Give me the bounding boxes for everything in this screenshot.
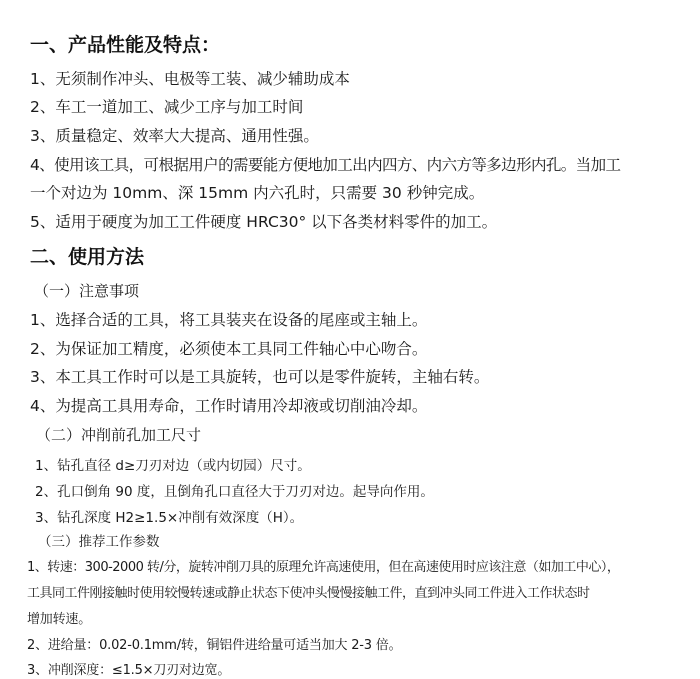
note-item: 3、本工具工作时可以是工具旋转，也可以是零件旋转，主轴右转。 [30, 365, 489, 387]
note-item: 1、选择合适的工具，将工具装夹在设备的尾座或主轴上。 [30, 308, 427, 330]
param-item-continued: 增加转速。 [27, 608, 91, 627]
param-item-continued: 工具同工件刚接触时使用较慢转速或静止状态下使冲头慢慢接触工件，直到冲头同工件进入… [27, 582, 590, 601]
param-item: 3、冲削深度：≤1.5×刀刃对边宽。 [27, 659, 230, 678]
feature-item: 2、车工一道加工、减少工序与加工时间 [30, 95, 303, 117]
param-item: 1、转速：300-2000 转/分，旋转冲削刀具的原理允许高速使用，但在高速使用… [27, 556, 619, 575]
subsection-title-hole-size: （二）冲削前孔加工尺寸 [36, 424, 201, 445]
note-item: 4、为提高工具用寿命，工作时请用冷却液或切削油冷却。 [30, 394, 427, 416]
section-title-features: 一、产品性能及特点： [30, 30, 220, 57]
hole-size-item: 1、钻孔直径 d≥刀刃对边（或内切园）尺寸。 [35, 454, 311, 474]
feature-item: 3、质量稳定、效率大大提高、通用性强。 [30, 124, 319, 146]
feature-item: 5、适用于硬度为加工工件硬度 HRC30° 以下各类材料零件的加工。 [30, 210, 497, 232]
section-title-usage: 二、使用方法 [30, 242, 144, 269]
feature-item-continued: 一个对边为 10mm、深 15mm 内六孔时，只需要 30 秒钟完成。 [30, 181, 484, 203]
param-item: 2、进给量：0.02-0.1mm/转，铜铝件进给量可适当加大 2-3 倍。 [27, 634, 401, 653]
feature-item: 4、使用该工具，可根据用户的需要能方便地加工出内四方、内六方等多边形内孔。当加工 [30, 153, 620, 175]
hole-size-item: 2、孔口倒角 90 度，且倒角孔口直径大于刀刃对边。起导向作用。 [35, 480, 434, 500]
hole-size-item: 3、钻孔深度 H2≥1.5×冲削有效深度（H）。 [35, 506, 303, 526]
subsection-title-params: （三）推荐工作参数 [38, 530, 160, 550]
subsection-title-notes: （一）注意事项 [34, 280, 139, 301]
feature-item: 1、无须制作冲头、电极等工装、减少辅助成本 [30, 67, 350, 89]
note-item: 2、为保证加工精度，必须使本工具同工件轴心中心吻合。 [30, 337, 427, 359]
